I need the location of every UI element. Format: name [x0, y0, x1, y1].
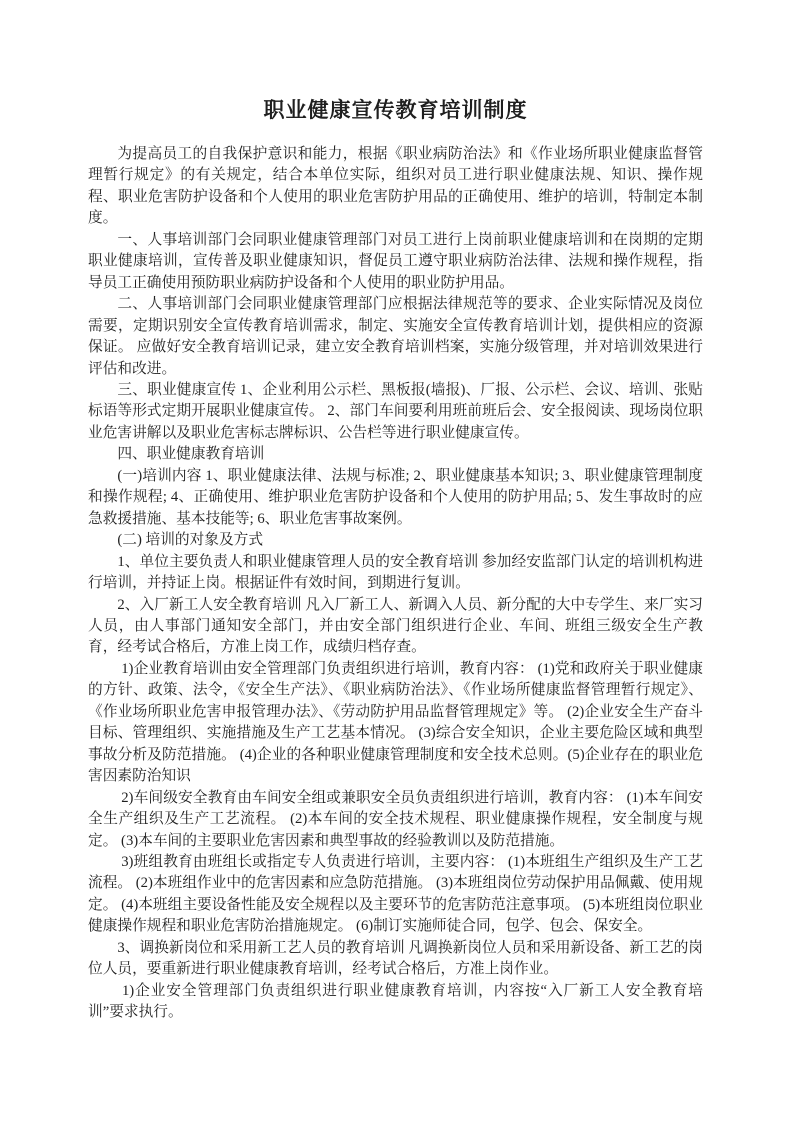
paragraph-training-item-3: 3、调换新岗位和采用新工艺人员的教育培训 凡调换新岗位人员和采用新设备、新工艺的… [88, 938, 703, 981]
paragraph-section-2: 二、人事培训部门会同职业健康管理部门应根据法律规范等的要求、企业实际情况及岗位需… [88, 294, 703, 380]
paragraph-workshop-level: 2)车间级安全教育由车间安全组或兼职安全员负责组织进行培训，教育内容： (1)本… [88, 788, 703, 852]
document-body: 为提高员工的自我保护意识和能力，根据《职业病防治法》和《作业场所职业健康监督管理… [88, 144, 703, 1024]
paragraph-section-1: 一、人事培训部门会同职业健康管理部门对员工进行上岗前职业健康培训和在岗期的定期职… [88, 230, 703, 294]
paragraph-enterprise-level: 1)企业教育培训由安全管理部门负责组织进行培训，教育内容： (1)党和政府关于职… [88, 659, 703, 788]
paragraph-intro: 为提高员工的自我保护意识和能力，根据《职业病防治法》和《作业场所职业健康监督管理… [88, 144, 703, 230]
paragraph-section-3: 三、职业健康宣传 1、企业利用公示栏、黑板报(墙报)、厂报、公示栏、会议、培训、… [88, 380, 703, 444]
document-page: 职业健康宣传教育培训制度 为提高员工的自我保护意识和能力，根据《职业病防治法》和… [0, 0, 793, 1122]
paragraph-training-content: (一)培训内容 1、职业健康法律、法规与标准; 2、职业健康基本知识; 3、职业… [88, 466, 703, 530]
paragraph-training-item-1: 1、单位主要负责人和职业健康管理人员的安全教育培训 参加经安监部门认定的培训机构… [88, 552, 703, 595]
document-title: 职业健康宣传教育培训制度 [88, 96, 703, 124]
paragraph-training-targets-heading: (二) 培训的对象及方式 [88, 530, 703, 551]
paragraph-section-4-heading: 四、职业健康教育培训 [88, 444, 703, 465]
paragraph-training-item-3-sub: 1)企业安全管理部门负责组织进行职业健康教育培训，内容按“入厂新工人安全教育培训… [88, 981, 703, 1024]
paragraph-team-level: 3)班组教育由班组长或指定专人负责进行培训，主要内容： (1)本班组生产组织及生… [88, 852, 703, 938]
paragraph-training-item-2: 2、入厂新工人安全教育培训 凡入厂新工人、新调入人员、新分配的大中专学生、来厂实… [88, 595, 703, 659]
